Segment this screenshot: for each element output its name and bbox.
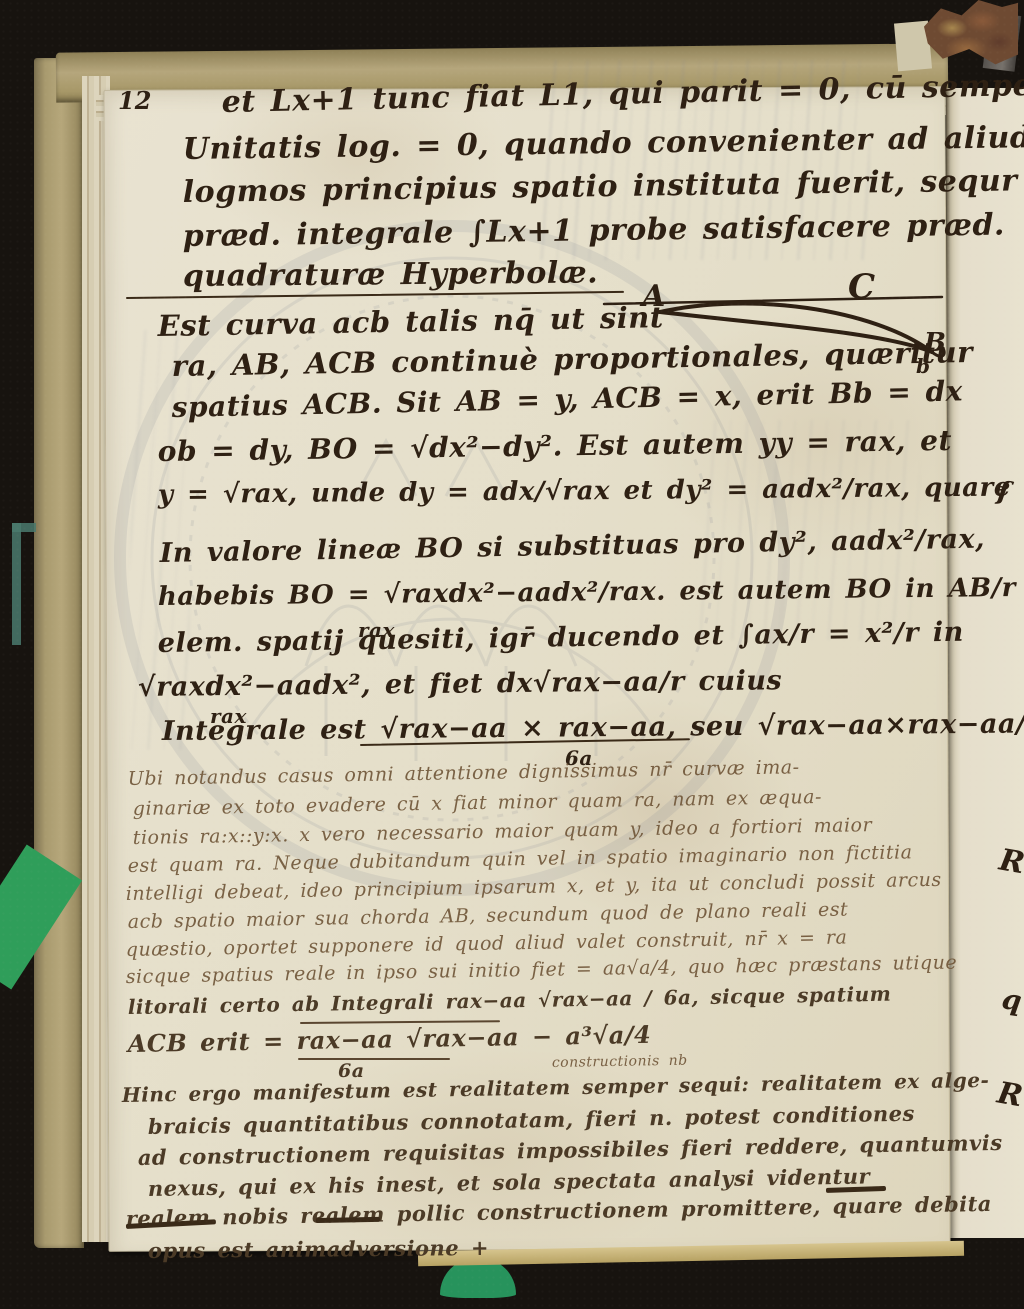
manuscript-line: B	[924, 330, 946, 356]
edge-text-fragment: R	[995, 1078, 1024, 1112]
manuscript-line: quadraturæ Hyperbolæ.	[183, 258, 598, 292]
manuscript-line: b	[916, 356, 930, 376]
manuscript-line: C	[848, 270, 876, 304]
edge-text-fragment: q	[1000, 985, 1024, 1016]
manuscript-line: y = √rax, unde dy = adx/√rax et dy² = aa…	[158, 475, 1011, 508]
photo-stage: 12 et Lx+1 tunc fiat L1, qui parit = 0, …	[0, 0, 1024, 1309]
manuscript-line: opus est animadversione +	[148, 1237, 489, 1261]
manuscript-line: √raxdx²−aadx², et fiet dx√rax−aa/r cuius	[138, 667, 783, 701]
edge-text-fragment: R	[997, 845, 1024, 879]
manuscript-line: constructionis nb	[552, 1054, 688, 1070]
manuscript-line: rax	[358, 620, 395, 640]
manuscript-line: A	[642, 282, 666, 312]
next-page-fore-edge	[946, 88, 1024, 1238]
manuscript-line: Est curva acb talis nq̄ ut sint	[157, 303, 663, 341]
teal-corner-marker	[12, 523, 36, 532]
page-number: 12	[118, 86, 151, 115]
book-cover-edge-left	[34, 58, 84, 1248]
ink-stroke-rule	[298, 1058, 450, 1060]
teal-corner-marker	[12, 523, 21, 645]
